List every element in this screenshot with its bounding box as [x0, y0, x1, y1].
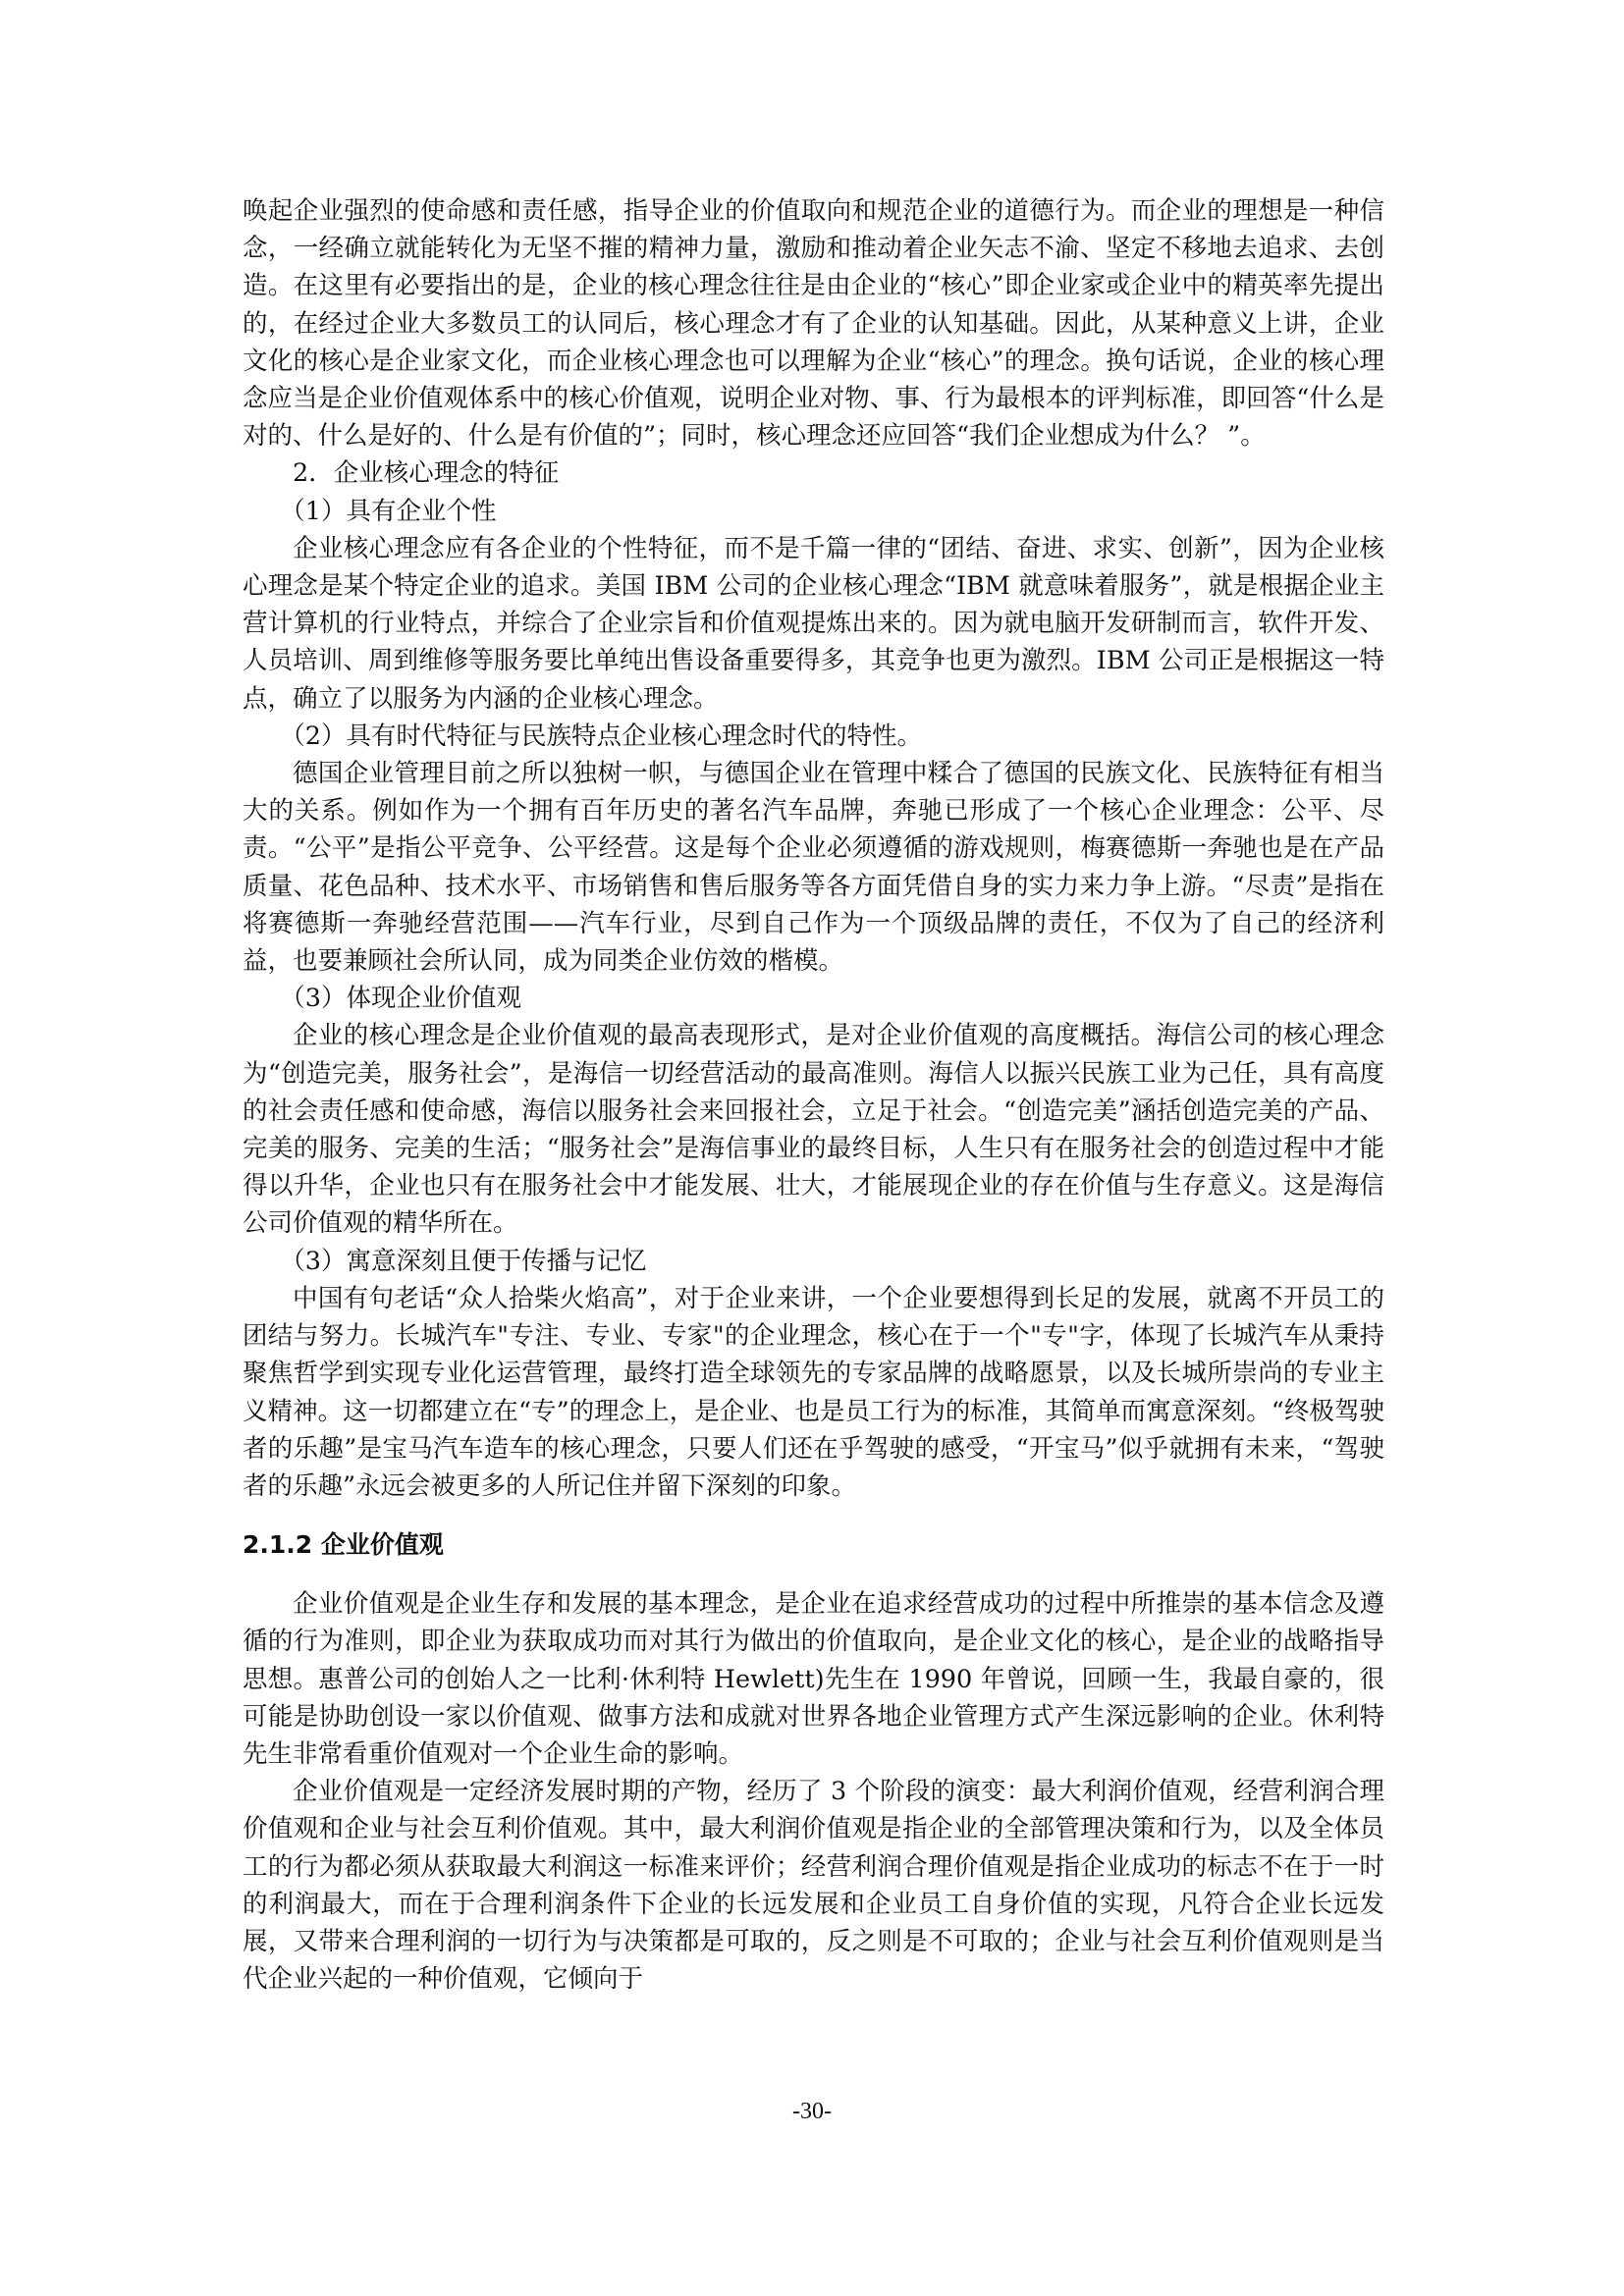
subheading-reflect-values: （3）体现企业价值观 — [243, 980, 1384, 1017]
subheading-enterprise-individuality: （1）具有企业个性 — [243, 493, 1384, 530]
subheading-era-and-national-traits: （2）具有时代特征与民族特点企业核心理念时代的特性。 — [243, 718, 1384, 755]
paragraph-values-definition: 企业价值观是企业生存和发展的基本理念，是企业在追求经营成功的过程中所推崇的基本信… — [243, 1585, 1384, 1773]
paragraph-hisense-example: 企业的核心理念是企业价值观的最高表现形式，是对企业价值观的高度概括。海信公司的核… — [243, 1017, 1384, 1242]
paragraph-core-concept-continuation: 唤起企业强烈的使命感和责任感，指导企业的价值取向和规范企业的道德行为。而企业的理… — [243, 192, 1384, 454]
subheading-meaningful-memorable: （3）寓意深刻且便于传播与记忆 — [243, 1243, 1384, 1280]
section-heading-enterprise-values: 2.1.2 企业价值观 — [243, 1526, 1384, 1564]
subheading-core-concept-features: 2．企业核心理念的特征 — [243, 454, 1384, 492]
paragraph-ibm-example: 企业核心理念应有各企业的个性特征，而不是千篇一律的“团结、奋进、求实、创新”，因… — [243, 530, 1384, 718]
paragraph-great-wall-bmw-example: 中国有句老话“众人拾柴火焰高”，对于企业来讲，一个企业要想得到长足的发展，就离不… — [243, 1280, 1384, 1505]
page-number: -30- — [0, 2099, 1624, 2125]
paragraph-values-evolution: 企业价值观是一定经济发展时期的产物，经历了 3 个阶段的演变：最大利润价值观，经… — [243, 1773, 1384, 1998]
document-page-body: 唤起企业强烈的使命感和责任感，指导企业的价值取向和规范企业的道德行为。而企业的理… — [243, 192, 1384, 1998]
paragraph-benz-example: 德国企业管理目前之所以独树一帜，与德国企业在管理中糅合了德国的民族文化、民族特征… — [243, 755, 1384, 980]
